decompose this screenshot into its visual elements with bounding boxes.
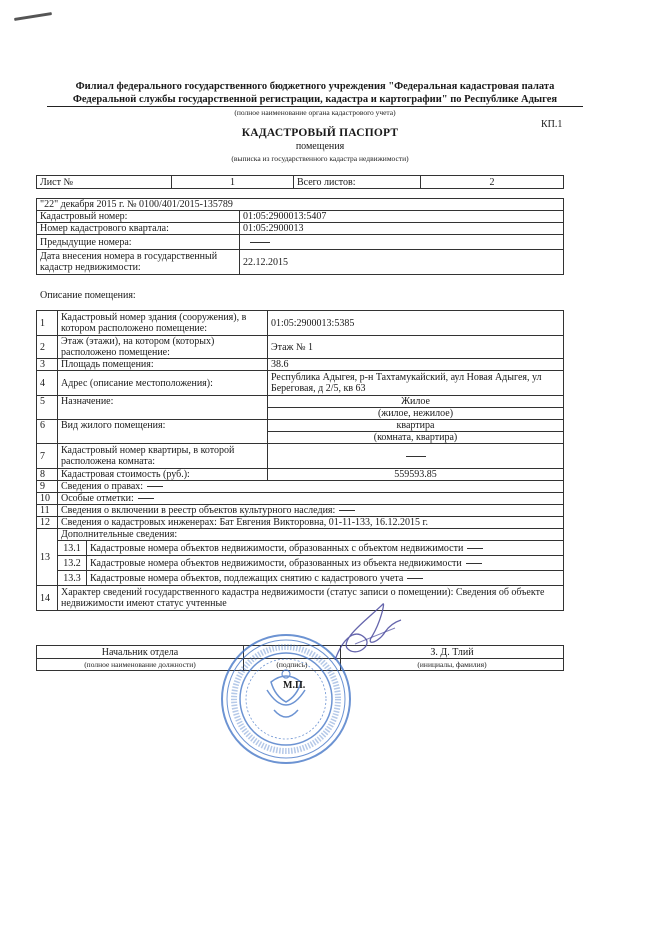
dash (406, 456, 426, 457)
row-number: 14 (37, 586, 58, 611)
org-caption: (полное наименование органа кадастрового… (20, 108, 610, 117)
row-number: 8 (37, 469, 58, 481)
table-row: 3 Площадь помещения: 38.6 (37, 359, 564, 371)
purpose-value: Жилое (268, 396, 564, 408)
row-number: 12 (37, 517, 58, 529)
row-number: 10 (37, 493, 58, 505)
dash (147, 486, 163, 487)
entry-date-label: Дата внесения номера в государственный к… (37, 250, 240, 275)
table-row: 10 Особые отметки: (37, 493, 564, 505)
table-row: Номер кадастрового квартала: 01:05:29000… (37, 223, 564, 235)
row-number: 1 (37, 311, 58, 336)
sheet-number: 1 (172, 176, 294, 189)
row-number: 4 (37, 371, 58, 396)
dash (339, 510, 355, 511)
dash (466, 563, 482, 564)
cadastral-number-label: Кадастровый номер: (37, 211, 240, 223)
organization-name: Филиал федерального государственного бюд… (20, 80, 610, 107)
additional-info-subtable: 13.1 Кадастровые номера объектов недвижи… (58, 541, 563, 585)
quarter-number-value: 01:05:2900013 (240, 223, 564, 235)
table-row: Кадастровый номер: 01:05:2900013:5407 (37, 211, 564, 223)
total-sheets-label: Всего листов: (294, 176, 421, 189)
row-number: 9 (37, 481, 58, 493)
document-subcaption: (выписка из государственного кадастра не… (20, 154, 620, 163)
sub-row-number: 13.1 (58, 541, 87, 556)
table-row: Предыдущие номера: (37, 235, 564, 250)
record-status-info: Характер сведений государственного кадас… (58, 586, 564, 611)
row-label: Этаж (этажи), на котором (которых) распо… (58, 336, 268, 359)
row-number: 7 (37, 444, 58, 469)
sub-row-number: 13.3 (58, 571, 87, 586)
table-row: 8 Кадастровая стоимость (руб.): 559593.8… (37, 469, 564, 481)
previous-numbers-label: Предыдущие номера: (37, 235, 240, 250)
sub-row: Кадастровые номера объектов, подлежащих … (87, 571, 564, 586)
table-row: Дата внесения номера в государственный к… (37, 250, 564, 275)
table-row: 5 Назначение: Жилое (37, 396, 564, 408)
row-label: Сведения о включении в реестр объектов к… (61, 505, 335, 516)
dash (250, 242, 270, 243)
row-label: Кадастровый номер квартиры, в которой ра… (58, 444, 268, 469)
row-number: 5 (37, 396, 58, 420)
row-label: Сведения о правах: (61, 481, 143, 492)
special-notes: Особые отметки: (58, 493, 564, 505)
row-label: Назначение: (58, 396, 268, 420)
description-table: 1 Кадастровый номер здания (сооружения),… (36, 310, 564, 611)
area-value: 38.6 (268, 359, 564, 371)
sub-row-number: 13.2 (58, 556, 87, 571)
row-number: 11 (37, 505, 58, 517)
row-label: Кадастровая стоимость (руб.): (58, 469, 268, 481)
position-caption: (полное наименование должности) (37, 659, 244, 671)
row-label: Вид жилого помещения: (58, 420, 268, 444)
row-label: Кадастровые номера объектов, подлежащих … (90, 573, 403, 584)
row-label: Кадастровые номера объектов недвижимости… (90, 543, 463, 554)
document-title: КАДАСТРОВЫЙ ПАСПОРТ (20, 127, 620, 139)
rights-info: Сведения о правах: (58, 481, 564, 493)
table-row: 7 Кадастровый номер квартиры, в которой … (37, 444, 564, 469)
cadastral-value: 559593.85 (268, 469, 564, 481)
total-sheets: 2 (421, 176, 564, 189)
entry-date-value: 22.12.2015 (240, 250, 564, 275)
cadastral-engineer-info: Сведения о кадастровых инженерах: Бат Ев… (58, 517, 564, 529)
registration-table: "22" декабря 2015 г. № 0100/401/2015-135… (36, 198, 564, 275)
row-label: Особые отметки: (61, 493, 134, 504)
table-row: 4 Адрес (описание местоположения): Респу… (37, 371, 564, 396)
additional-info: Дополнительные сведения: 13.1 Кадастровы… (58, 529, 564, 586)
table-row: 14 Характер сведений государственного ка… (37, 586, 564, 611)
row-number: 2 (37, 336, 58, 359)
dash (138, 498, 154, 499)
sub-row: Кадастровые номера объектов недвижимости… (87, 556, 564, 571)
row-label: Дополнительные сведения: (58, 529, 563, 541)
floor-value: Этаж № 1 (268, 336, 564, 359)
table-row: 9 Сведения о правах: (37, 481, 564, 493)
dwelling-type-hint: (комната, квартира) (268, 432, 564, 444)
org-line-2: Федеральной службы государственной регис… (47, 93, 583, 107)
scan-artifact (14, 12, 52, 21)
row-number: 6 (37, 420, 58, 444)
dash (407, 578, 423, 579)
row-label: Адрес (описание местоположения): (58, 371, 268, 396)
table-row: 1 Кадастровый номер здания (сооружения),… (37, 311, 564, 336)
table-row: 12 Сведения о кадастровых инженерах: Бат… (37, 517, 564, 529)
dwelling-type-value: квартира (268, 420, 564, 432)
table-row: 2 Этаж (этажи), на котором (которых) рас… (37, 336, 564, 359)
row-label: Кадастровые номера объектов недвижимости… (90, 558, 462, 569)
dash (467, 548, 483, 549)
document-subtitle: помещения (20, 141, 620, 152)
purpose-hint: (жилое, нежилое) (268, 408, 564, 420)
row-number: 3 (37, 359, 58, 371)
building-number-value: 01:05:2900013:5385 (268, 311, 564, 336)
address-value: Республика Адыгея, р-н Тахтамукайский, а… (268, 371, 564, 396)
table-row: 11 Сведения о включении в реестр объекто… (37, 505, 564, 517)
sheet-label: Лист № (37, 176, 172, 189)
cadastral-number-value: 01:05:2900013:5407 (240, 211, 564, 223)
row-number: 13 (37, 529, 58, 586)
row-label: Кадастровый номер здания (сооружения), в… (58, 311, 268, 336)
previous-numbers-value (240, 235, 564, 250)
sheet-table: Лист № 1 Всего листов: 2 (36, 175, 564, 189)
official-position: Начальник отдела (37, 646, 244, 659)
row-label: Площадь помещения: (58, 359, 268, 371)
apartment-number-value (268, 444, 564, 469)
quarter-number-label: Номер кадастрового квартала: (37, 223, 240, 235)
table-row: 13 Дополнительные сведения: 13.1 Кадастр… (37, 529, 564, 586)
cultural-heritage-info: Сведения о включении в реестр объектов к… (58, 505, 564, 517)
org-line-1: Филиал федерального государственного бюд… (20, 80, 610, 93)
table-row: 6 Вид жилого помещения: квартира (37, 420, 564, 432)
sub-row: Кадастровые номера объектов недвижимости… (87, 541, 564, 556)
registration-date-number: "22" декабря 2015 г. № 0100/401/2015-135… (37, 199, 564, 211)
stamp-label: М.П. (283, 680, 305, 691)
handwritten-signature-icon (325, 598, 405, 668)
description-label: Описание помещения: (40, 290, 136, 301)
